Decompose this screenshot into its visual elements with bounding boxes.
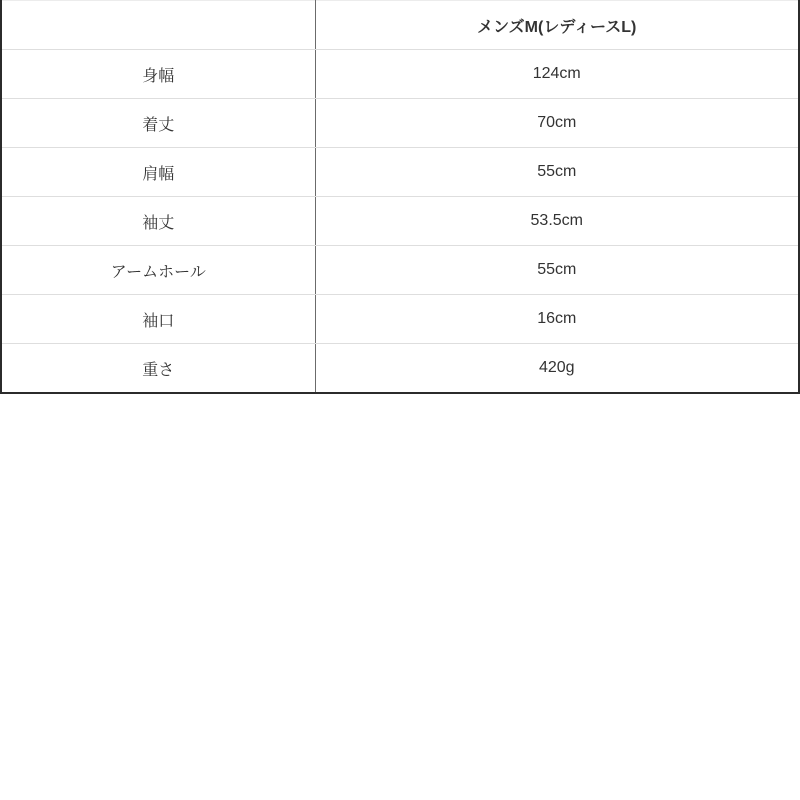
size-chart-header: メンズM(レディースL) xyxy=(1,1,799,50)
measurement-label-cell: 肩幅 xyxy=(1,148,315,197)
measurement-label-cell: 身幅 xyxy=(1,50,315,99)
size-chart-body: 身幅 124cm 着丈 70cm 肩幅 55cm 袖丈 53.5cm アームホー… xyxy=(1,50,799,394)
measurement-value-cell: 16cm xyxy=(315,295,799,344)
header-label-cell xyxy=(1,1,315,50)
table-row: 着丈 70cm xyxy=(1,99,799,148)
measurement-value-cell: 55cm xyxy=(315,246,799,295)
page-background: メンズM(レディースL) 身幅 124cm 着丈 70cm 肩幅 55cm 袖丈… xyxy=(0,0,800,800)
table-row: 重さ 420g xyxy=(1,344,799,394)
table-row: 袖丈 53.5cm xyxy=(1,197,799,246)
measurement-label-cell: 着丈 xyxy=(1,99,315,148)
measurement-label-cell: 重さ xyxy=(1,344,315,394)
table-row: 袖口 16cm xyxy=(1,295,799,344)
header-size-cell: メンズM(レディースL) xyxy=(315,1,799,50)
measurement-label-cell: 袖口 xyxy=(1,295,315,344)
measurement-value-cell: 53.5cm xyxy=(315,197,799,246)
measurement-value-cell: 420g xyxy=(315,344,799,394)
measurement-value-cell: 70cm xyxy=(315,99,799,148)
measurement-label-cell: アームホール xyxy=(1,246,315,295)
measurement-label-cell: 袖丈 xyxy=(1,197,315,246)
table-row: 肩幅 55cm xyxy=(1,148,799,197)
table-row: 身幅 124cm xyxy=(1,50,799,99)
table-row: アームホール 55cm xyxy=(1,246,799,295)
measurement-value-cell: 124cm xyxy=(315,50,799,99)
header-row: メンズM(レディースL) xyxy=(1,1,799,50)
measurement-value-cell: 55cm xyxy=(315,148,799,197)
size-chart-table: メンズM(レディースL) 身幅 124cm 着丈 70cm 肩幅 55cm 袖丈… xyxy=(0,0,800,394)
